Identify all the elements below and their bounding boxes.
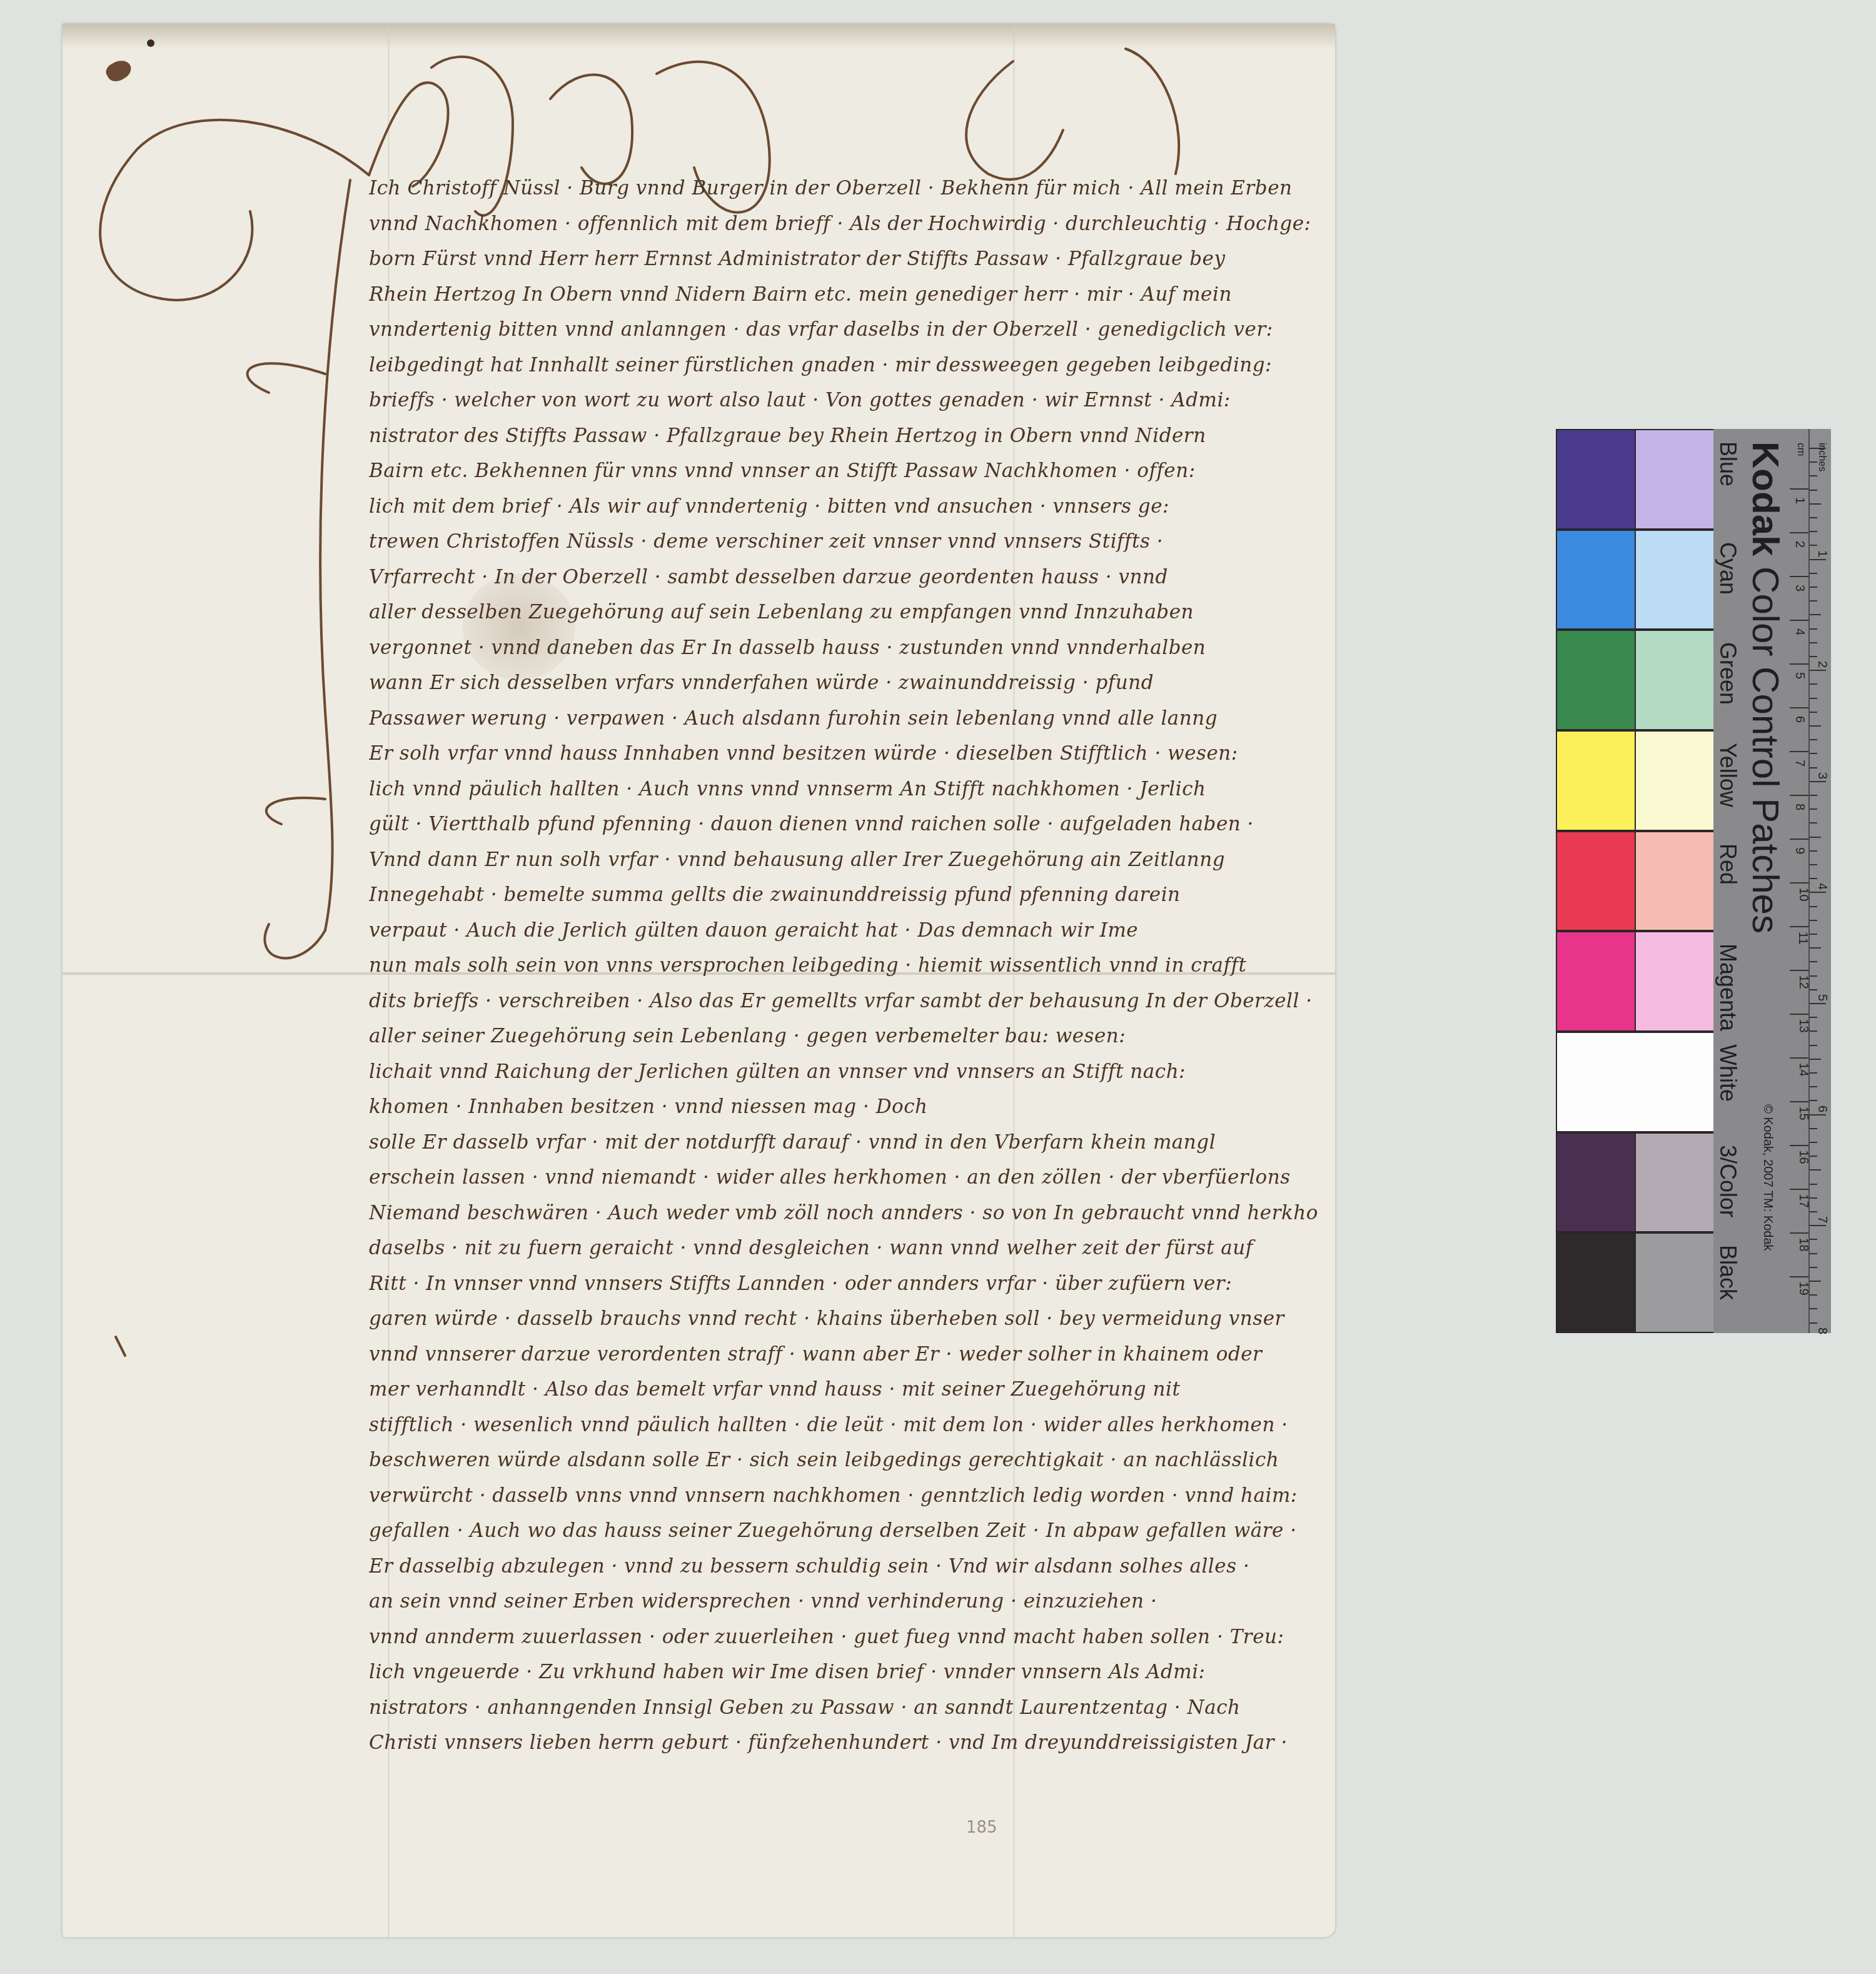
inch-tick bbox=[1810, 490, 1817, 491]
inch-tick bbox=[1810, 920, 1817, 921]
inch-tick bbox=[1810, 808, 1817, 810]
patch-yellow-light bbox=[1635, 730, 1715, 831]
manuscript-page: Ich Christoff Nüssl · Burg vnnd Burger i… bbox=[63, 24, 1335, 1937]
patch-green-light bbox=[1635, 630, 1715, 730]
inch-tick bbox=[1810, 878, 1817, 879]
cm-tick bbox=[1790, 663, 1808, 665]
text-line: Passawer werung · verpawen · Auch alsdan… bbox=[369, 701, 1319, 737]
patch-white bbox=[1556, 1032, 1715, 1132]
kodak-brand-title: Kodak Color Control Patches bbox=[1744, 441, 1787, 934]
text-line: erschein lassen · vnnd niemandt · wider … bbox=[369, 1160, 1319, 1196]
inch-tick bbox=[1810, 628, 1817, 630]
inch-tick-label: 2 bbox=[1815, 661, 1829, 668]
cm-tick bbox=[1790, 576, 1808, 577]
patch-magenta-dark bbox=[1556, 931, 1636, 1032]
inch-tick bbox=[1810, 850, 1817, 852]
text-line: gefallen · Auch wo das hauss seiner Zueg… bbox=[369, 1513, 1319, 1549]
text-line: lich vnnd päulich hallten · Auch vnns vn… bbox=[369, 772, 1319, 807]
cm-tick bbox=[1790, 838, 1808, 840]
cm-tick bbox=[1790, 926, 1808, 927]
patch-label: Cyan bbox=[1715, 542, 1741, 595]
inch-tick bbox=[1810, 503, 1821, 505]
text-line: khomen · Innhaben besitzen · vnnd niesse… bbox=[369, 1089, 1319, 1125]
inch-tick-label: 5 bbox=[1815, 994, 1829, 1001]
inch-tick bbox=[1810, 545, 1817, 546]
inch-tick bbox=[1810, 712, 1817, 713]
patch-label: Magenta bbox=[1715, 944, 1741, 1031]
inch-tick bbox=[1810, 1281, 1821, 1282]
patch-black-dark bbox=[1556, 1232, 1636, 1333]
inch-tick-label: 1 bbox=[1815, 550, 1829, 557]
inch-tick bbox=[1810, 1253, 1817, 1254]
patch-red-light bbox=[1635, 831, 1715, 932]
cm-tick-label: 1 bbox=[1792, 497, 1807, 504]
inch-tick bbox=[1810, 1086, 1817, 1087]
cm-tick-label: 11 bbox=[1795, 932, 1810, 945]
cm-tick bbox=[1790, 1276, 1808, 1277]
text-line: Er solh vrfar vnnd hauss Innhaben vnnd b… bbox=[369, 736, 1319, 772]
inch-tick bbox=[1810, 517, 1817, 518]
text-line: Ich Christoff Nüssl · Burg vnnd Burger i… bbox=[369, 171, 1319, 206]
text-line: Vrfarrecht · In der Oberzell · sambt des… bbox=[369, 560, 1319, 595]
inch-tick bbox=[1810, 781, 1826, 782]
cm-unit-label: cm bbox=[1795, 443, 1806, 456]
inch-tick-label: 7 bbox=[1815, 1216, 1829, 1223]
text-line: an sein vnnd seiner Erben widersprechen … bbox=[369, 1584, 1319, 1619]
text-line: Bairn etc. Bekhennen für vnns vnnd vnnse… bbox=[369, 453, 1319, 489]
inch-tick bbox=[1810, 1184, 1817, 1185]
inch-tick-label: 3 bbox=[1815, 772, 1829, 779]
charter-text: Ich Christoff Nüssl · Burg vnnd Burger i… bbox=[369, 171, 1319, 1761]
text-line: Vnnd dann Er nun solh vrfar · vnnd behau… bbox=[369, 842, 1319, 878]
patch-label: 3/Color bbox=[1715, 1145, 1741, 1217]
ink-dot bbox=[147, 39, 154, 47]
cm-tick-label: 5 bbox=[1792, 672, 1807, 679]
text-line: lich vngeuerde · Zu vrkhund haben wir Im… bbox=[369, 1654, 1319, 1690]
inch-tick bbox=[1810, 1267, 1817, 1268]
inch-tick bbox=[1810, 475, 1817, 476]
inch-tick bbox=[1810, 461, 1817, 463]
inch-tick bbox=[1810, 725, 1821, 727]
inch-tick bbox=[1810, 864, 1817, 865]
inch-tick bbox=[1810, 587, 1817, 588]
kodak-copyright: © Kodak, 2007 TM: Kodak bbox=[1760, 1104, 1775, 1251]
inch-tick bbox=[1810, 1239, 1817, 1240]
cm-tick bbox=[1790, 707, 1808, 708]
text-line: vnnd Nachkhomen · offennlich mit dem bri… bbox=[369, 206, 1319, 242]
text-line: mer verhanndlt · Also das bemelt vrfar v… bbox=[369, 1372, 1319, 1407]
inch-tick bbox=[1810, 837, 1821, 838]
patch-blue-dark bbox=[1556, 429, 1636, 530]
text-line: Rhein Hertzog In Obern vnnd Nidern Bairn… bbox=[369, 277, 1319, 313]
cm-tick bbox=[1790, 1232, 1808, 1234]
text-line: Innegehabt · bemelte summa gellts die zw… bbox=[369, 877, 1319, 913]
target-label-bar: Kodak Color Control Patches BlueCyanGree… bbox=[1713, 429, 1808, 1333]
inch-tick bbox=[1810, 1059, 1821, 1060]
inch-tick bbox=[1810, 1045, 1817, 1046]
cm-tick-label: 6 bbox=[1792, 716, 1807, 723]
cm-tick bbox=[1790, 1057, 1808, 1059]
inch-tick-label: 4 bbox=[1815, 883, 1829, 890]
text-line: brieffs · welcher von wort zu wort also … bbox=[369, 383, 1319, 418]
text-line: daselbs · nit zu fuern geraicht · vnnd d… bbox=[369, 1231, 1319, 1266]
cm-tick-label: 8 bbox=[1792, 803, 1807, 810]
text-line: vnndertenig bitten vnnd anlanngen · das … bbox=[369, 312, 1319, 348]
kodak-color-target: Kodak Color Control Patches BlueCyanGree… bbox=[1556, 429, 1831, 1333]
inch-tick bbox=[1810, 753, 1817, 754]
cm-tick-label: 4 bbox=[1792, 628, 1807, 635]
inch-tick bbox=[1810, 1128, 1817, 1129]
patch-label: Black bbox=[1715, 1245, 1741, 1300]
text-line: gült · Viertthalb pfund pfenning · dauon… bbox=[369, 807, 1319, 842]
text-line: aller desselben Zuegehörung auf sein Leb… bbox=[369, 595, 1319, 630]
inch-tick bbox=[1810, 448, 1826, 449]
cm-tick-label: 7 bbox=[1792, 760, 1807, 767]
inch-tick bbox=[1810, 961, 1817, 962]
inch-tick bbox=[1810, 822, 1817, 823]
inch-tick bbox=[1810, 1100, 1817, 1101]
patch-label: Green bbox=[1715, 642, 1741, 705]
inch-tick bbox=[1810, 683, 1817, 685]
cm-tick bbox=[1790, 751, 1808, 752]
patch-label: Red bbox=[1715, 843, 1741, 885]
inch-tick bbox=[1810, 1308, 1817, 1309]
inch-tick-label: 6 bbox=[1815, 1105, 1829, 1112]
inch-tick bbox=[1810, 767, 1817, 768]
inch-tick bbox=[1810, 559, 1826, 560]
target-title: Color Control Patches bbox=[1745, 567, 1787, 934]
inch-tick bbox=[1810, 975, 1817, 977]
inch-tick bbox=[1810, 947, 1821, 949]
text-line: born Fürst vnnd Herr herr Ernnst Adminis… bbox=[369, 241, 1319, 277]
inch-tick bbox=[1810, 1114, 1826, 1115]
inch-tick bbox=[1810, 698, 1817, 699]
text-line: vnnd annderm zuuerlassen · oder zuuerlei… bbox=[369, 1619, 1319, 1655]
cm-tick bbox=[1790, 795, 1808, 796]
inch-tick bbox=[1810, 1322, 1817, 1324]
patch-label: Blue bbox=[1715, 441, 1741, 486]
cm-tick-label: 9 bbox=[1792, 847, 1807, 854]
text-line: verpaut · Auch die Jerlich gülten dauon … bbox=[369, 913, 1319, 949]
text-line: aller seiner Zuegehörung sein Lebenlang … bbox=[369, 1019, 1319, 1054]
patch-yellow-dark bbox=[1556, 730, 1636, 831]
text-line: nistrators · anhanngenden Innsigl Geben … bbox=[369, 1690, 1319, 1726]
inch-tick bbox=[1810, 934, 1817, 935]
patch-label: Yellow bbox=[1715, 743, 1741, 807]
inch-tick bbox=[1810, 1197, 1817, 1199]
patch-red-dark bbox=[1556, 831, 1636, 932]
inch-tick bbox=[1810, 600, 1817, 602]
text-line: stifftlich · wesenlich vnnd päulich hall… bbox=[369, 1407, 1319, 1443]
kodak-logo-text: Kodak bbox=[1745, 441, 1787, 556]
patch-3-color-dark bbox=[1556, 1132, 1636, 1233]
text-line: wann Er sich desselben vrfars vnnderfahe… bbox=[369, 665, 1319, 701]
cm-tick bbox=[1790, 970, 1808, 971]
text-line: nistrator des Stiffts Passaw · Pfallzgra… bbox=[369, 418, 1319, 454]
inch-tick-label: 8 bbox=[1815, 1327, 1829, 1334]
cm-tick bbox=[1790, 532, 1808, 533]
text-line: verwürcht · dasselb vnns vnnd vnnsern na… bbox=[369, 1478, 1319, 1514]
text-line: Er dasselbig abzulegen · vnnd zu bessern… bbox=[369, 1549, 1319, 1584]
inch-tick bbox=[1810, 614, 1821, 615]
text-line: garen würde · dasselb brauchs vnnd recht… bbox=[369, 1301, 1319, 1337]
text-line: solle Er dasselb vrfar · mit der notdurf… bbox=[369, 1125, 1319, 1161]
inch-tick bbox=[1810, 1225, 1826, 1226]
inch-tick bbox=[1810, 1211, 1817, 1212]
inch-tick bbox=[1810, 531, 1817, 532]
cm-tick-label: 2 bbox=[1792, 541, 1807, 548]
cm-tick bbox=[1790, 1145, 1808, 1146]
patch-3-color-light bbox=[1635, 1132, 1715, 1233]
patch-cyan-dark bbox=[1556, 530, 1636, 630]
inch-tick bbox=[1810, 1294, 1817, 1296]
text-line: vergonnet · vnnd daneben das Er In dasse… bbox=[369, 630, 1319, 666]
patch-cyan-light bbox=[1635, 530, 1715, 630]
cm-tick-label: 3 bbox=[1792, 585, 1807, 592]
inch-tick bbox=[1810, 573, 1817, 574]
text-line: leibgedingt hat Innhallt seiner fürstlic… bbox=[369, 348, 1319, 383]
text-line: vnnd vnnserer darzue verordenten straff … bbox=[369, 1337, 1319, 1372]
cm-tick bbox=[1790, 488, 1808, 490]
cm-tick bbox=[1790, 1101, 1808, 1102]
patch-black-light bbox=[1635, 1232, 1715, 1333]
text-line: Christi vnnsers lieben herrn geburt · fü… bbox=[369, 1725, 1319, 1761]
inch-tick bbox=[1810, 1003, 1826, 1004]
inch-tick bbox=[1810, 1142, 1817, 1143]
text-line: Ritt · In vnnser vnnd vnnsers Stiffts La… bbox=[369, 1266, 1319, 1302]
inch-tick bbox=[1810, 1156, 1817, 1157]
inch-tick bbox=[1810, 642, 1817, 643]
inch-tick bbox=[1810, 1017, 1817, 1018]
inch-tick bbox=[1810, 1169, 1821, 1171]
inch-tick bbox=[1810, 989, 1817, 990]
inch-unit-label: inches bbox=[1816, 443, 1827, 471]
patch-blue-light bbox=[1635, 429, 1715, 530]
text-line: beschweren würde alsdann solle Er · sich… bbox=[369, 1443, 1319, 1478]
inch-tick bbox=[1810, 1072, 1817, 1074]
inch-tick bbox=[1810, 670, 1826, 671]
inch-ruler: inches 12345678 bbox=[1808, 429, 1831, 1333]
patch-green-dark bbox=[1556, 630, 1636, 730]
patch-label: White bbox=[1715, 1044, 1741, 1102]
text-line: trewen Christoffen Nüssls · deme verschi… bbox=[369, 524, 1319, 560]
ink-blot bbox=[103, 56, 134, 85]
inch-tick bbox=[1810, 795, 1817, 796]
inch-tick bbox=[1810, 892, 1826, 893]
inch-tick bbox=[1810, 656, 1817, 657]
patch-magenta-light bbox=[1635, 931, 1715, 1032]
inch-tick bbox=[1810, 739, 1817, 740]
text-line: Niemand beschwären · Auch weder vmb zöll… bbox=[369, 1196, 1319, 1231]
inch-tick bbox=[1810, 906, 1817, 907]
page-top-stain bbox=[63, 24, 1335, 49]
text-line: lichait vnnd Raichung der Jerlichen gült… bbox=[369, 1054, 1319, 1090]
pencil-folio-number: 185 bbox=[966, 1818, 997, 1837]
cm-tick bbox=[1790, 620, 1808, 621]
cm-tick bbox=[1790, 882, 1808, 884]
cm-tick bbox=[1790, 1014, 1808, 1015]
text-line: lich mit dem brief · Als wir auf vnndert… bbox=[369, 489, 1319, 525]
text-line: dits brieffs · verschreiben · Also das E… bbox=[369, 984, 1319, 1019]
cm-tick bbox=[1790, 1189, 1808, 1190]
text-line: nun mals solh sein von vnns versprochen … bbox=[369, 948, 1319, 984]
inch-tick bbox=[1810, 1030, 1817, 1032]
